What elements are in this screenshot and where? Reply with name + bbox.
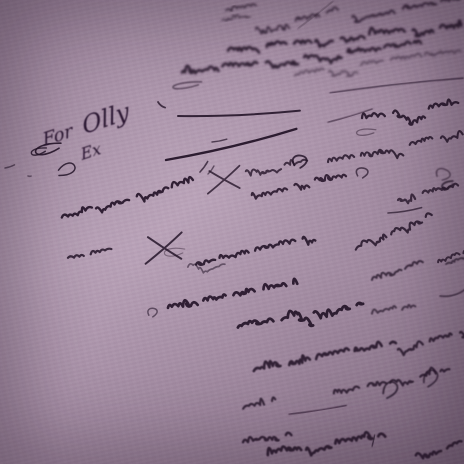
scribble-line-brembences bbox=[195, 234, 316, 271]
scribble-word-ten-re bbox=[361, 98, 460, 131]
photo-of-handwritten-note: For Olly Ex bbox=[0, 0, 464, 464]
inscription-word-for: For bbox=[40, 120, 75, 151]
flourish-swoosh-2 bbox=[421, 368, 439, 389]
flourish-paren-small bbox=[147, 307, 158, 317]
flourish-cross-x1 bbox=[204, 166, 243, 194]
scribble-mark-se bbox=[68, 248, 112, 259]
scribble-line-gousto bbox=[251, 170, 346, 201]
flourish-box-ghost bbox=[356, 128, 376, 137]
scribble-top-edge-small bbox=[222, 13, 251, 22]
scribble-loops-row bbox=[327, 130, 464, 172]
flourish-loop-small-top bbox=[172, 80, 202, 90]
scribble-edge-word-1 bbox=[437, 250, 464, 264]
pen-line-short-bottom bbox=[289, 405, 346, 415]
scribble-line-yrram bbox=[252, 334, 396, 374]
flourish-box-ghost-2 bbox=[164, 246, 186, 257]
inscription-group: For Olly Ex bbox=[40, 97, 131, 164]
left-margin-dash bbox=[5, 165, 15, 169]
pen-stroke-diagonal bbox=[298, 1, 333, 29]
scribble-bo-d-word bbox=[397, 182, 459, 205]
scribble-top-right-word bbox=[352, 0, 461, 23]
scribble-word-sobtob bbox=[371, 302, 415, 315]
pen-dash-lower bbox=[166, 128, 297, 163]
pen-dash-upper bbox=[178, 110, 300, 119]
scribble-after-dash bbox=[245, 157, 308, 179]
pen-tick-equals bbox=[212, 139, 227, 143]
scribble-word-bact bbox=[397, 328, 464, 356]
scribble-line-getats bbox=[167, 278, 298, 310]
scribble-dense-row-upper bbox=[227, 19, 462, 57]
scribble-rising-word bbox=[354, 210, 434, 256]
pen-tick-slash-1 bbox=[200, 161, 208, 172]
scribble-faded-row bbox=[294, 46, 461, 84]
scribble-word-etotdus bbox=[371, 258, 424, 282]
pen-underline-small-right bbox=[388, 207, 422, 214]
scribble-word-m bbox=[242, 396, 276, 409]
handwriting-layer: For Olly Ex bbox=[0, 0, 464, 464]
pen-line-long-right bbox=[330, 77, 463, 93]
scribble-strokes bbox=[5, 0, 464, 463]
scribble-line-suasion bbox=[267, 428, 387, 463]
swash-descender-loop bbox=[56, 161, 77, 179]
flourish-paren-mid bbox=[355, 167, 368, 179]
inscription-word-olly: Olly bbox=[80, 97, 131, 140]
flourish-paren-right-edge bbox=[434, 167, 451, 183]
scribble-word-cosor bbox=[415, 441, 463, 460]
comma-mark bbox=[157, 102, 165, 108]
pen-tick-one bbox=[372, 435, 375, 446]
scribble-word-aru bbox=[242, 431, 291, 446]
flourish-curve-right-edge bbox=[440, 288, 464, 299]
scribble-top-flourish bbox=[255, 7, 340, 36]
scribble-top-edge-word bbox=[226, 2, 257, 11]
scribble-line-emmys bbox=[237, 297, 366, 340]
inscription-word-ex: Ex bbox=[78, 139, 102, 165]
scribble-line-spors bbox=[61, 176, 195, 225]
